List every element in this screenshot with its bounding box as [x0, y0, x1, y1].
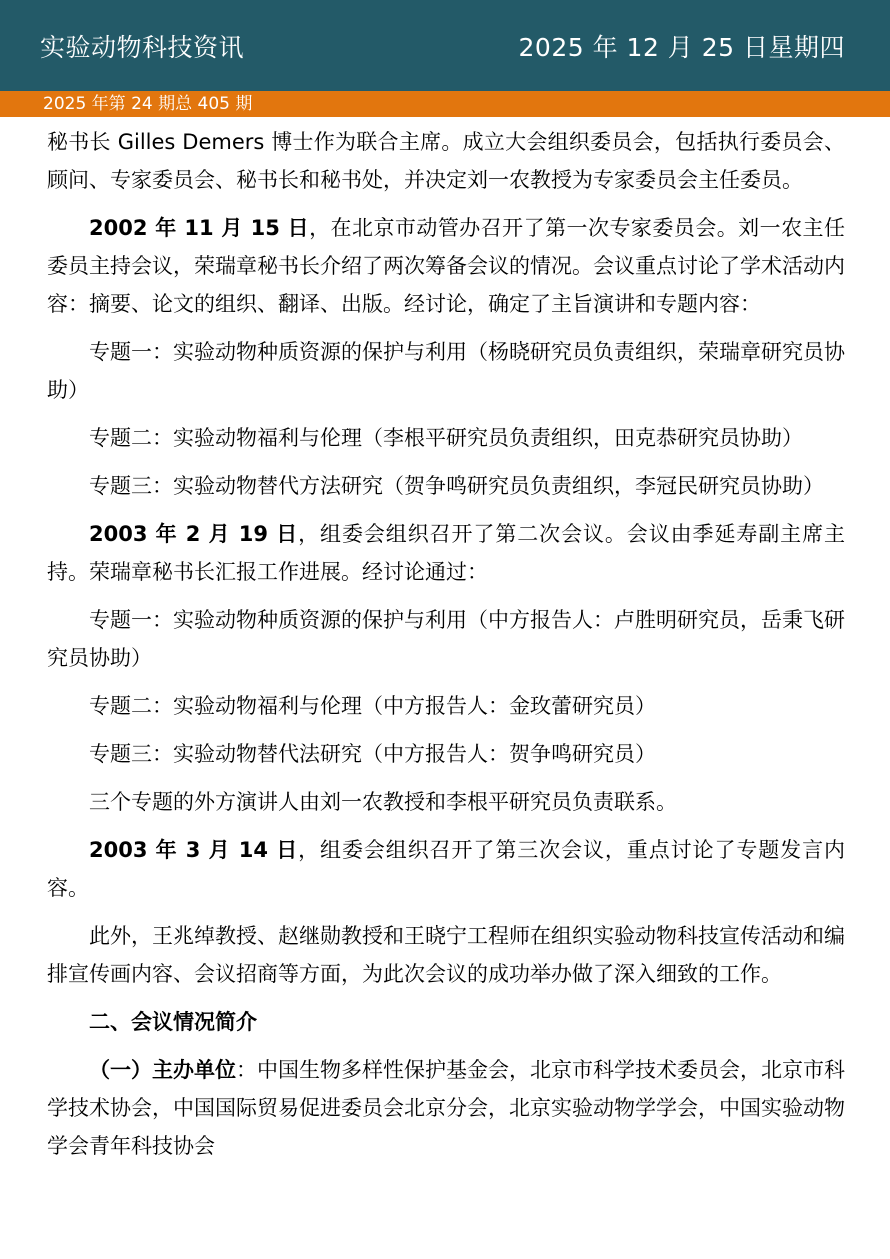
paragraph: 秘书长 Gilles Demers 博士作为联合主席。成立大会组织委员会，包括执… [47, 123, 845, 199]
paragraph: （一）主办单位：中国生物多样性保护基金会，北京市科学技术委员会，北京市科学技术协… [47, 1051, 845, 1165]
paragraph-text: 专题二：实验动物福利与伦理（中方报告人：金玫蕾研究员） [89, 694, 656, 718]
paragraph: 2003 年 3 月 14 日，组委会组织召开了第三次会议，重点讨论了专题发言内… [47, 831, 845, 907]
paragraph-text: 专题三：实验动物替代法研究（中方报告人：贺争鸣研究员） [89, 742, 656, 766]
paragraph: 2003 年 2 月 19 日，组委会组织召开了第二次会议。会议由季延寿副主席主… [47, 515, 845, 591]
paragraph: 2002 年 11 月 15 日，在北京市动管办召开了第一次专家委员会。刘一农主… [47, 209, 845, 323]
paragraph: 专题一：实验动物种质资源的保护与利用（杨晓研究员负责组织，荣瑞章研究员协助） [47, 333, 845, 409]
paragraph-text: 秘书长 Gilles Demers 博士作为联合主席。成立大会组织委员会，包括执… [47, 130, 845, 192]
paragraph-text: 专题一：实验动物种质资源的保护与利用（杨晓研究员负责组织，荣瑞章研究员协助） [47, 340, 845, 402]
paragraph-text: 三个专题的外方演讲人由刘一农教授和李根平研究员负责联系。 [89, 790, 677, 814]
paragraph-text: 专题三：实验动物替代方法研究（贺争鸣研究员负责组织，李冠民研究员协助） [89, 474, 824, 498]
paragraph-text: 专题二：实验动物福利与伦理（李根平研究员负责组织，田克恭研究员协助） [89, 426, 803, 450]
issue-bar: 2025 年第 24 期总 405 期 [0, 91, 890, 117]
paragraph: 专题三：实验动物替代方法研究（贺争鸣研究员负责组织，李冠民研究员协助） [47, 467, 845, 505]
paragraph: 三个专题的外方演讲人由刘一农教授和李根平研究员负责联系。 [47, 783, 845, 821]
paragraph-lead: 2003 年 3 月 14 日 [89, 838, 298, 862]
newsletter-title: 实验动物科技资讯 [40, 28, 244, 64]
masthead: 实验动物科技资讯 2025 年 12 月 25 日星期四 [0, 0, 890, 91]
paragraph-lead: （一）主办单位 [89, 1058, 236, 1082]
paragraph: 专题二：实验动物福利与伦理（李根平研究员负责组织，田克恭研究员协助） [47, 419, 845, 457]
paragraph: 专题三：实验动物替代法研究（中方报告人：贺争鸣研究员） [47, 735, 845, 773]
paragraph-lead: 二、会议情况简介 [89, 1010, 257, 1034]
issue-number: 2025 年第 24 期总 405 期 [43, 94, 252, 114]
issue-date: 2025 年 12 月 25 日星期四 [519, 28, 845, 64]
paragraph: 专题二：实验动物福利与伦理（中方报告人：金玫蕾研究员） [47, 687, 845, 725]
paragraph-text: 此外，王兆绰教授、赵继勋教授和王晓宁工程师在组织实验动物科技宣传活动和编排宣传画… [47, 924, 845, 986]
paragraph: 专题一：实验动物种质资源的保护与利用（中方报告人：卢胜明研究员，岳秉飞研究员协助… [47, 601, 845, 677]
document-body: 秘书长 Gilles Demers 博士作为联合主席。成立大会组织委员会，包括执… [0, 117, 890, 1165]
paragraph: 此外，王兆绰教授、赵继勋教授和王晓宁工程师在组织实验动物科技宣传活动和编排宣传画… [47, 917, 845, 993]
paragraph-lead: 2003 年 2 月 19 日 [89, 522, 298, 546]
paragraph-lead: 2002 年 11 月 15 日 [89, 216, 309, 240]
paragraph-text: 专题一：实验动物种质资源的保护与利用（中方报告人：卢胜明研究员，岳秉飞研究员协助… [47, 608, 845, 670]
paragraph: 二、会议情况简介 [47, 1003, 845, 1041]
